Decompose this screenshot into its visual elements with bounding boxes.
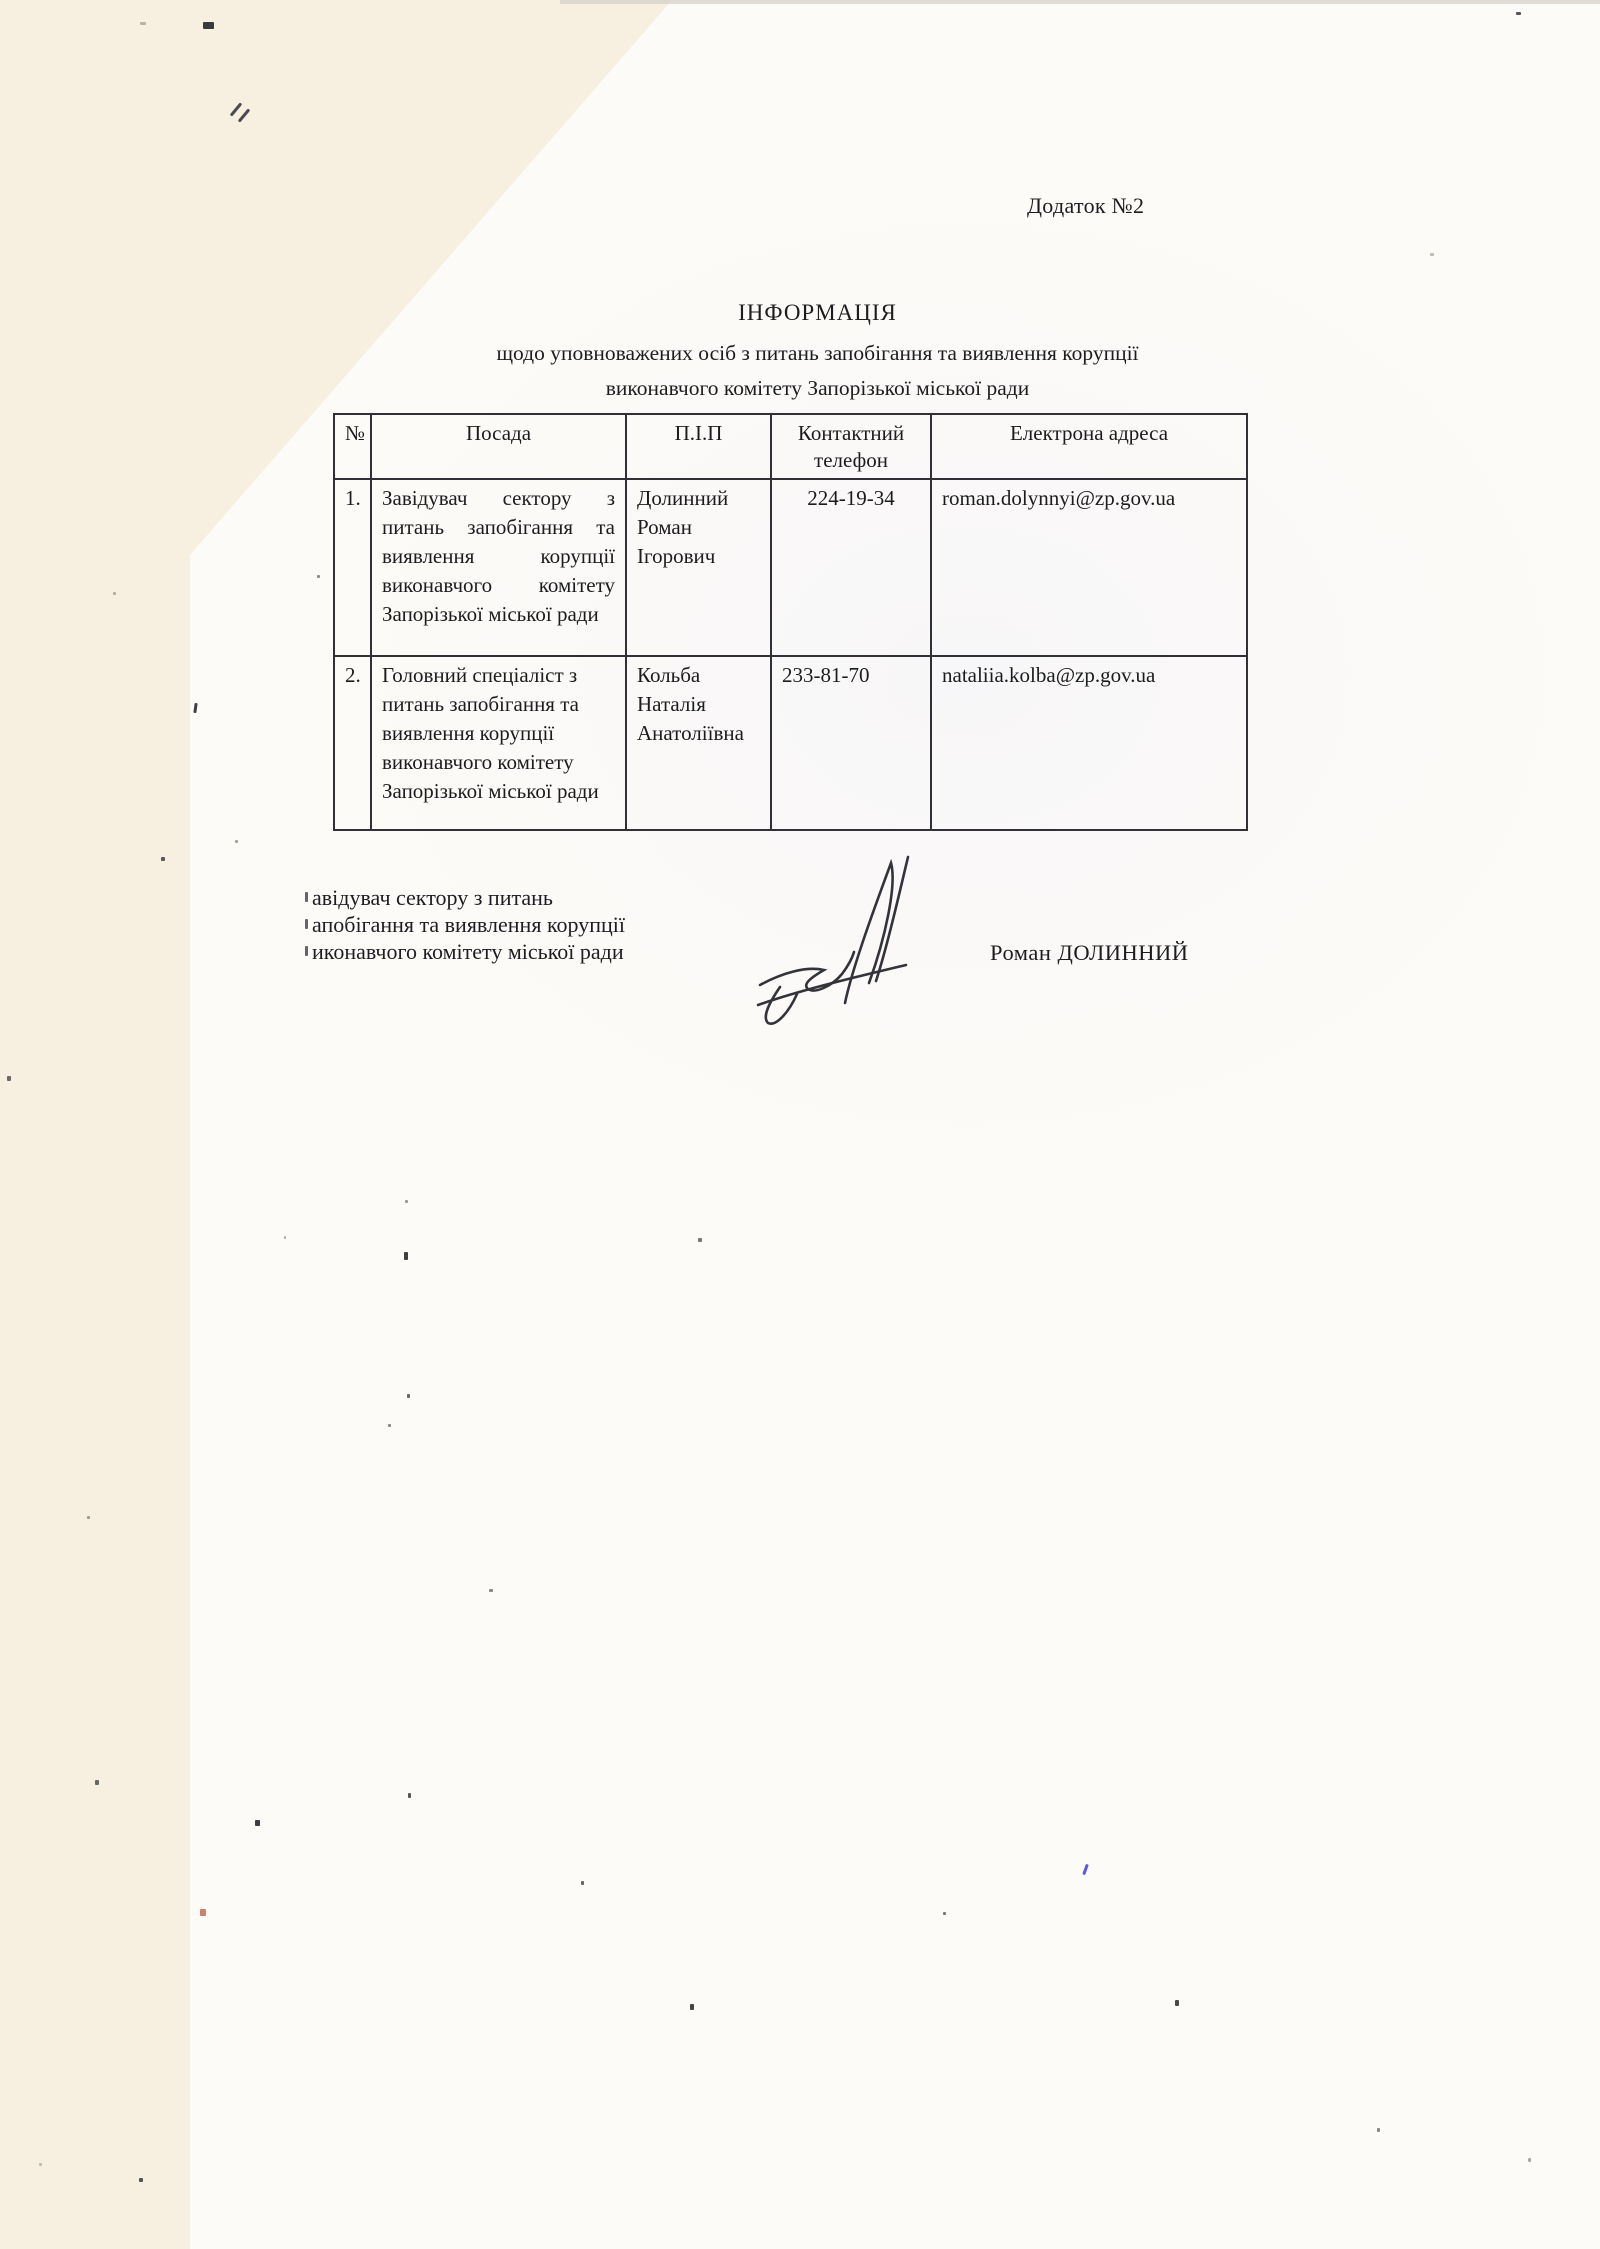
scan-speck xyxy=(407,1394,410,1398)
row1-email: roman.dolynnyi@zp.gov.ua xyxy=(931,479,1247,656)
signer-name: Роман ДОЛИННИЙ xyxy=(990,940,1189,966)
row2-num: 2. xyxy=(334,656,371,830)
row2-name: Кольба Наталія Анатоліївна xyxy=(626,656,771,830)
scanned-document-page: Додаток №2 ІНФОРМАЦІЯ щодо уповноважених… xyxy=(0,0,1600,2249)
scan-slash-mark xyxy=(238,108,251,122)
header-cell-num: № xyxy=(334,414,371,479)
scan-speck xyxy=(200,1909,206,1916)
header-cell-position: Посада xyxy=(371,414,626,479)
scan-speck xyxy=(317,575,320,578)
header-cell-phone: Контактний телефон xyxy=(771,414,931,479)
signature-text-line-3: иконавчого комітету міської ради xyxy=(312,938,624,965)
row1-name: Долинний Роман Ігорович xyxy=(626,479,771,656)
scan-speck xyxy=(690,2004,694,2010)
scan-speck xyxy=(489,1589,493,1592)
paper-sheet xyxy=(0,0,1600,2249)
scan-speck xyxy=(388,1424,391,1427)
clipped-letter-mark xyxy=(305,946,308,956)
scanner-edge-line xyxy=(560,0,1600,4)
scan-speck xyxy=(284,1236,286,1239)
scan-speck xyxy=(235,840,238,843)
row1-num: 1. xyxy=(334,479,371,656)
scan-speck xyxy=(1528,2158,1531,2162)
scan-speck xyxy=(139,2178,143,2182)
doc-subtitle-line-1: щодо уповноважених осіб з питань запобіг… xyxy=(385,341,1250,366)
handwritten-signature-icon xyxy=(748,853,943,1033)
scan-speck xyxy=(140,22,146,25)
row2-position: Головний спеціаліст з питань запобігання… xyxy=(371,656,626,830)
scan-speck xyxy=(1430,253,1434,256)
header-cell-name: П.І.П xyxy=(626,414,771,479)
scan-speck xyxy=(255,1820,260,1826)
signature-text-line-2: апобігання та виявлення корупції xyxy=(312,911,625,938)
scan-speck xyxy=(7,1076,11,1081)
scan-speck xyxy=(698,1238,702,1242)
scan-speck xyxy=(408,1793,411,1798)
scan-speck xyxy=(39,2163,42,2166)
scan-speck xyxy=(161,857,165,861)
row1-position: Завідувач сектору з питань запобігання т… xyxy=(371,479,626,656)
scan-slash-mark xyxy=(230,102,243,116)
signature-text-line-1: авідувач сектору з питань xyxy=(312,884,553,911)
scan-speck xyxy=(95,1780,99,1785)
scan-speck xyxy=(1377,2128,1380,2132)
officials-table: № Посада П.І.П Контактний телефон Електр… xyxy=(333,413,1248,831)
table-row: 1. Завідувач сектору з питань запобіганн… xyxy=(334,479,1247,656)
row2-phone: 233-81-70 xyxy=(771,656,931,830)
row1-phone: 224-19-34 xyxy=(771,479,931,656)
header-cell-email: Електрона адреса xyxy=(931,414,1247,479)
scan-speck xyxy=(1516,12,1521,15)
scan-speck xyxy=(203,22,214,29)
doc-title: ІНФОРМАЦІЯ xyxy=(385,300,1250,326)
clipped-letter-mark xyxy=(305,892,308,902)
row2-email: nataliia.kolba@zp.gov.ua xyxy=(931,656,1247,830)
scan-speck xyxy=(943,1912,946,1915)
clipped-letter-mark xyxy=(305,919,308,929)
table-header-row: № Посада П.І.П Контактний телефон Електр… xyxy=(334,414,1247,479)
annex-label: Додаток №2 xyxy=(1027,193,1144,219)
scan-speck xyxy=(1175,2000,1179,2006)
scan-speck xyxy=(87,1516,90,1519)
table-row: 2. Головний спеціаліст з питань запобіга… xyxy=(334,656,1247,830)
scan-speck xyxy=(581,1881,584,1885)
scan-speck xyxy=(405,1200,408,1203)
scan-speck xyxy=(113,592,116,595)
doc-subtitle-line-2: виконавчого комітету Запорізької міської… xyxy=(385,376,1250,401)
scan-speck xyxy=(404,1252,408,1260)
